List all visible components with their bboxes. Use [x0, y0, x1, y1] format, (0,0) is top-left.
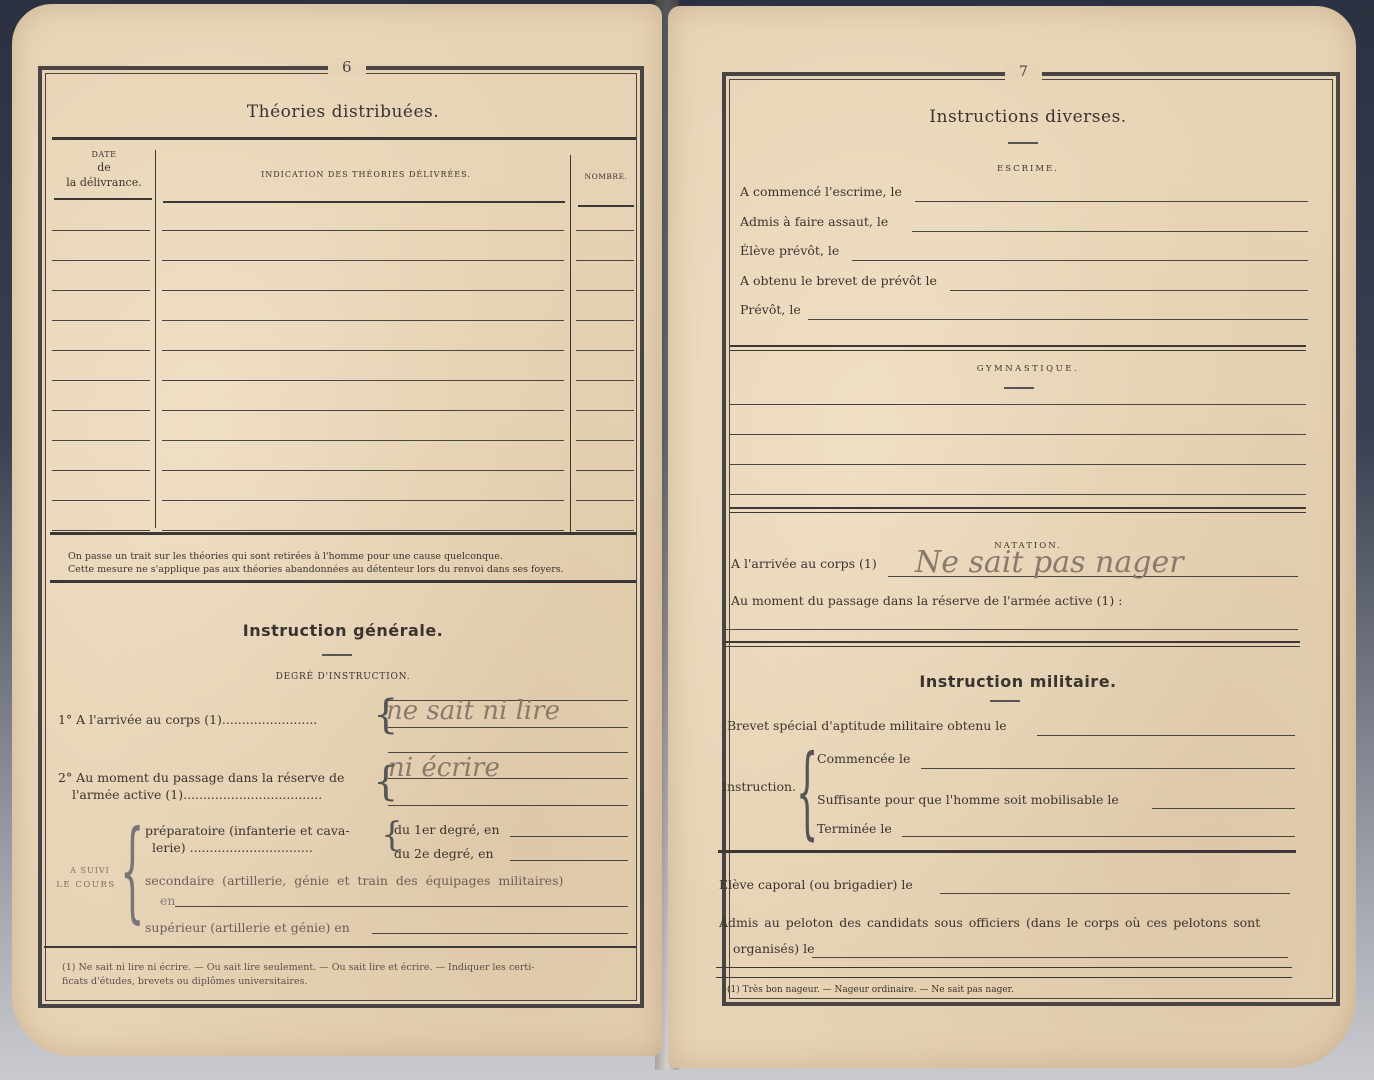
table-row-date-field[interactable] [52, 500, 150, 501]
theories-note-2: Cette mesure ne s'applique pas aux théor… [68, 564, 564, 575]
header-rule [54, 198, 152, 200]
escrime-field[interactable] [915, 201, 1308, 202]
section-divider [730, 512, 1306, 513]
escrime-field[interactable] [950, 290, 1308, 291]
table-row-nombre-field[interactable] [576, 410, 634, 411]
item1-label: 1° A l'arrivée au corps (1).............… [58, 712, 317, 727]
degre1-field[interactable] [510, 836, 628, 837]
escrime-label: A obtenu le brevet de prévôt le [740, 273, 937, 288]
escrime-field[interactable] [808, 319, 1308, 320]
escrime-label: Élève prévôt, le [740, 243, 839, 258]
table-row-date-field[interactable] [52, 470, 150, 471]
cours-label-1: A SUIVI [50, 866, 130, 875]
escrime-field[interactable] [852, 260, 1308, 261]
footnote-2: ficats d'études, brevets ou diplômes uni… [62, 976, 308, 987]
degre2-label: du 2e degré, en [394, 846, 494, 861]
table-row-date-field[interactable] [52, 230, 150, 231]
escrime-label: A commencé l'escrime, le [740, 184, 902, 199]
header-rule [578, 205, 634, 207]
table-row-date-field[interactable] [52, 320, 150, 321]
escrime-label: Admis à faire assaut, le [740, 214, 888, 229]
natation-arrivee-label: A l'arrivée au corps (1) [731, 556, 877, 571]
peloton-label-2: organisés) le [733, 941, 814, 956]
footnote-1: (1) Ne sait ni lire ni écrire. — Ou sait… [62, 962, 535, 973]
title-underline [990, 700, 1020, 702]
item2-label-1: 2° Au moment du passage dans la réserve … [58, 770, 344, 785]
col-divider [155, 150, 156, 528]
table-row-nombre-field[interactable] [576, 320, 634, 321]
table-row-indication-field[interactable] [162, 290, 564, 291]
table-row-date-field[interactable] [52, 260, 150, 261]
table-row-indication-field[interactable] [162, 230, 564, 231]
page-number-6: 6 [328, 58, 366, 76]
preparatoire-label-1: préparatoire (infanterie et cava- [145, 823, 350, 838]
section-divider [730, 507, 1306, 509]
table-row-nombre-field[interactable] [576, 530, 634, 531]
instruction-line[interactable] [388, 805, 628, 806]
suffisante-field[interactable] [1152, 808, 1295, 809]
title-underline [1008, 142, 1038, 144]
handwritten-arrivee: ne sait ni lire [386, 696, 560, 726]
section-divider [50, 580, 636, 583]
natation-reserve-field[interactable] [724, 629, 1298, 630]
brevet-label: Brevet spécial d'aptitude militaire obte… [727, 718, 1007, 733]
title-underline [322, 654, 352, 656]
gymnastique-line[interactable] [730, 404, 1306, 405]
table-row-indication-field[interactable] [162, 470, 564, 471]
header-rule [163, 201, 565, 203]
table-row-nombre-field[interactable] [576, 440, 634, 441]
theories-title: Théories distribuées. [48, 102, 638, 122]
table-row-indication-field[interactable] [162, 440, 564, 441]
escrime-heading: ESCRIME. [728, 164, 1328, 174]
col-date-l2: de [54, 161, 154, 174]
table-row-nombre-field[interactable] [576, 500, 634, 501]
table-row-nombre-field[interactable] [576, 290, 634, 291]
secondaire-label: secondaire (artillerie, génie et train d… [145, 873, 563, 888]
brace: { [120, 815, 145, 925]
table-row-date-field[interactable] [52, 530, 150, 531]
table-row-indication-field[interactable] [162, 530, 564, 531]
instruction-reserve-field[interactable] [388, 778, 628, 779]
table-row-indication-field[interactable] [162, 500, 564, 501]
table-row-indication-field[interactable] [162, 320, 564, 321]
escrime-label: Prévôt, le [740, 302, 801, 317]
gymnastique-line[interactable] [730, 434, 1306, 435]
table-row-nombre-field[interactable] [576, 260, 634, 261]
table-row-date-field[interactable] [52, 350, 150, 351]
table-row-date-field[interactable] [52, 290, 150, 291]
superieur-field[interactable] [372, 933, 628, 934]
col-date-l3: la délivrance. [54, 176, 154, 189]
instructions-diverses-title: Instructions diverses. [728, 107, 1328, 127]
degre-instruction-subtitle: DEGRÉ D'INSTRUCTION. [48, 672, 638, 682]
section-divider [718, 850, 1296, 853]
table-row-date-field[interactable] [52, 440, 150, 441]
table-row-nombre-field[interactable] [576, 350, 634, 351]
peloton-label-1: Admis au peloton des candidats sous offi… [719, 915, 1260, 930]
suffisante-label: Suffisante pour que l'homme soit mobilis… [817, 792, 1119, 807]
title-underline [1004, 387, 1034, 389]
section-divider [716, 977, 1292, 978]
gymnastique-line[interactable] [730, 464, 1306, 465]
superieur-label: supérieur (artillerie et génie) en [145, 920, 350, 935]
col-divider [570, 155, 571, 533]
escrime-field[interactable] [912, 231, 1308, 232]
commencee-field[interactable] [921, 768, 1295, 769]
brevet-field[interactable] [1037, 735, 1295, 736]
section-divider [730, 345, 1306, 347]
eleve-caporal-field[interactable] [940, 893, 1290, 894]
divider [52, 137, 636, 140]
peloton-field[interactable] [812, 957, 1288, 958]
col-indication: INDICATION DES THÉORIES DÉLIVRÉES. [160, 170, 572, 179]
section-divider [730, 350, 1306, 351]
secondaire-field[interactable] [175, 906, 628, 907]
page-number-7: 7 [1005, 64, 1042, 80]
commencee-label: Commencée le [817, 751, 910, 766]
table-row-indication-field[interactable] [162, 350, 564, 351]
brace: { [796, 742, 818, 842]
natation-reserve-label: Au moment du passage dans la réserve de … [731, 593, 1122, 608]
secondaire-en: en [160, 893, 175, 908]
item2-label-2: l'armée active (1)......................… [72, 787, 322, 802]
table-row-indication-field[interactable] [162, 260, 564, 261]
section-divider [724, 641, 1300, 643]
brace: { [373, 762, 398, 802]
table-bottom-rule [50, 532, 636, 535]
section-divider [724, 646, 1300, 647]
degre1-label: du 1er degré, en [394, 822, 500, 837]
table-row-nombre-field[interactable] [576, 230, 634, 231]
gymnastique-line[interactable] [730, 494, 1306, 495]
footnote-divider [44, 946, 636, 948]
instruction-label: Instruction. [722, 779, 796, 794]
degre2-field[interactable] [510, 860, 628, 861]
table-row-date-field[interactable] [52, 410, 150, 411]
table-row-indication-field[interactable] [162, 380, 564, 381]
table-row-date-field[interactable] [52, 380, 150, 381]
col-date-l1: DATE [54, 150, 154, 159]
col-nombre: NOMBRE. [575, 172, 637, 181]
terminee-field[interactable] [902, 836, 1295, 837]
natation-footnote: (1) Très bon nageur. — Nageur ordinaire.… [727, 985, 1014, 995]
table-row-indication-field[interactable] [162, 410, 564, 411]
instruction-militaire-title: Instruction militaire. [718, 672, 1318, 691]
eleve-caporal-label: Élève caporal (ou brigadier) le [719, 877, 913, 892]
instruction-arrivee-field[interactable] [388, 727, 628, 728]
handwritten-natation: Ne sait pas nager [915, 545, 1184, 580]
table-row-nombre-field[interactable] [576, 470, 634, 471]
section-divider [716, 967, 1292, 968]
table-row-nombre-field[interactable] [576, 380, 634, 381]
terminee-label: Terminée le [817, 821, 892, 836]
preparatoire-label-2: lerie) ............................... [152, 840, 313, 855]
cours-label-2: LE COURS [44, 880, 128, 890]
instruction-generale-title: Instruction générale. [48, 621, 638, 640]
gymnastique-heading: GYMNASTIQUE. [728, 364, 1328, 374]
theories-note-1: On passe un trait sur les théories qui s… [68, 551, 503, 562]
right-page-frame [722, 72, 1340, 1006]
